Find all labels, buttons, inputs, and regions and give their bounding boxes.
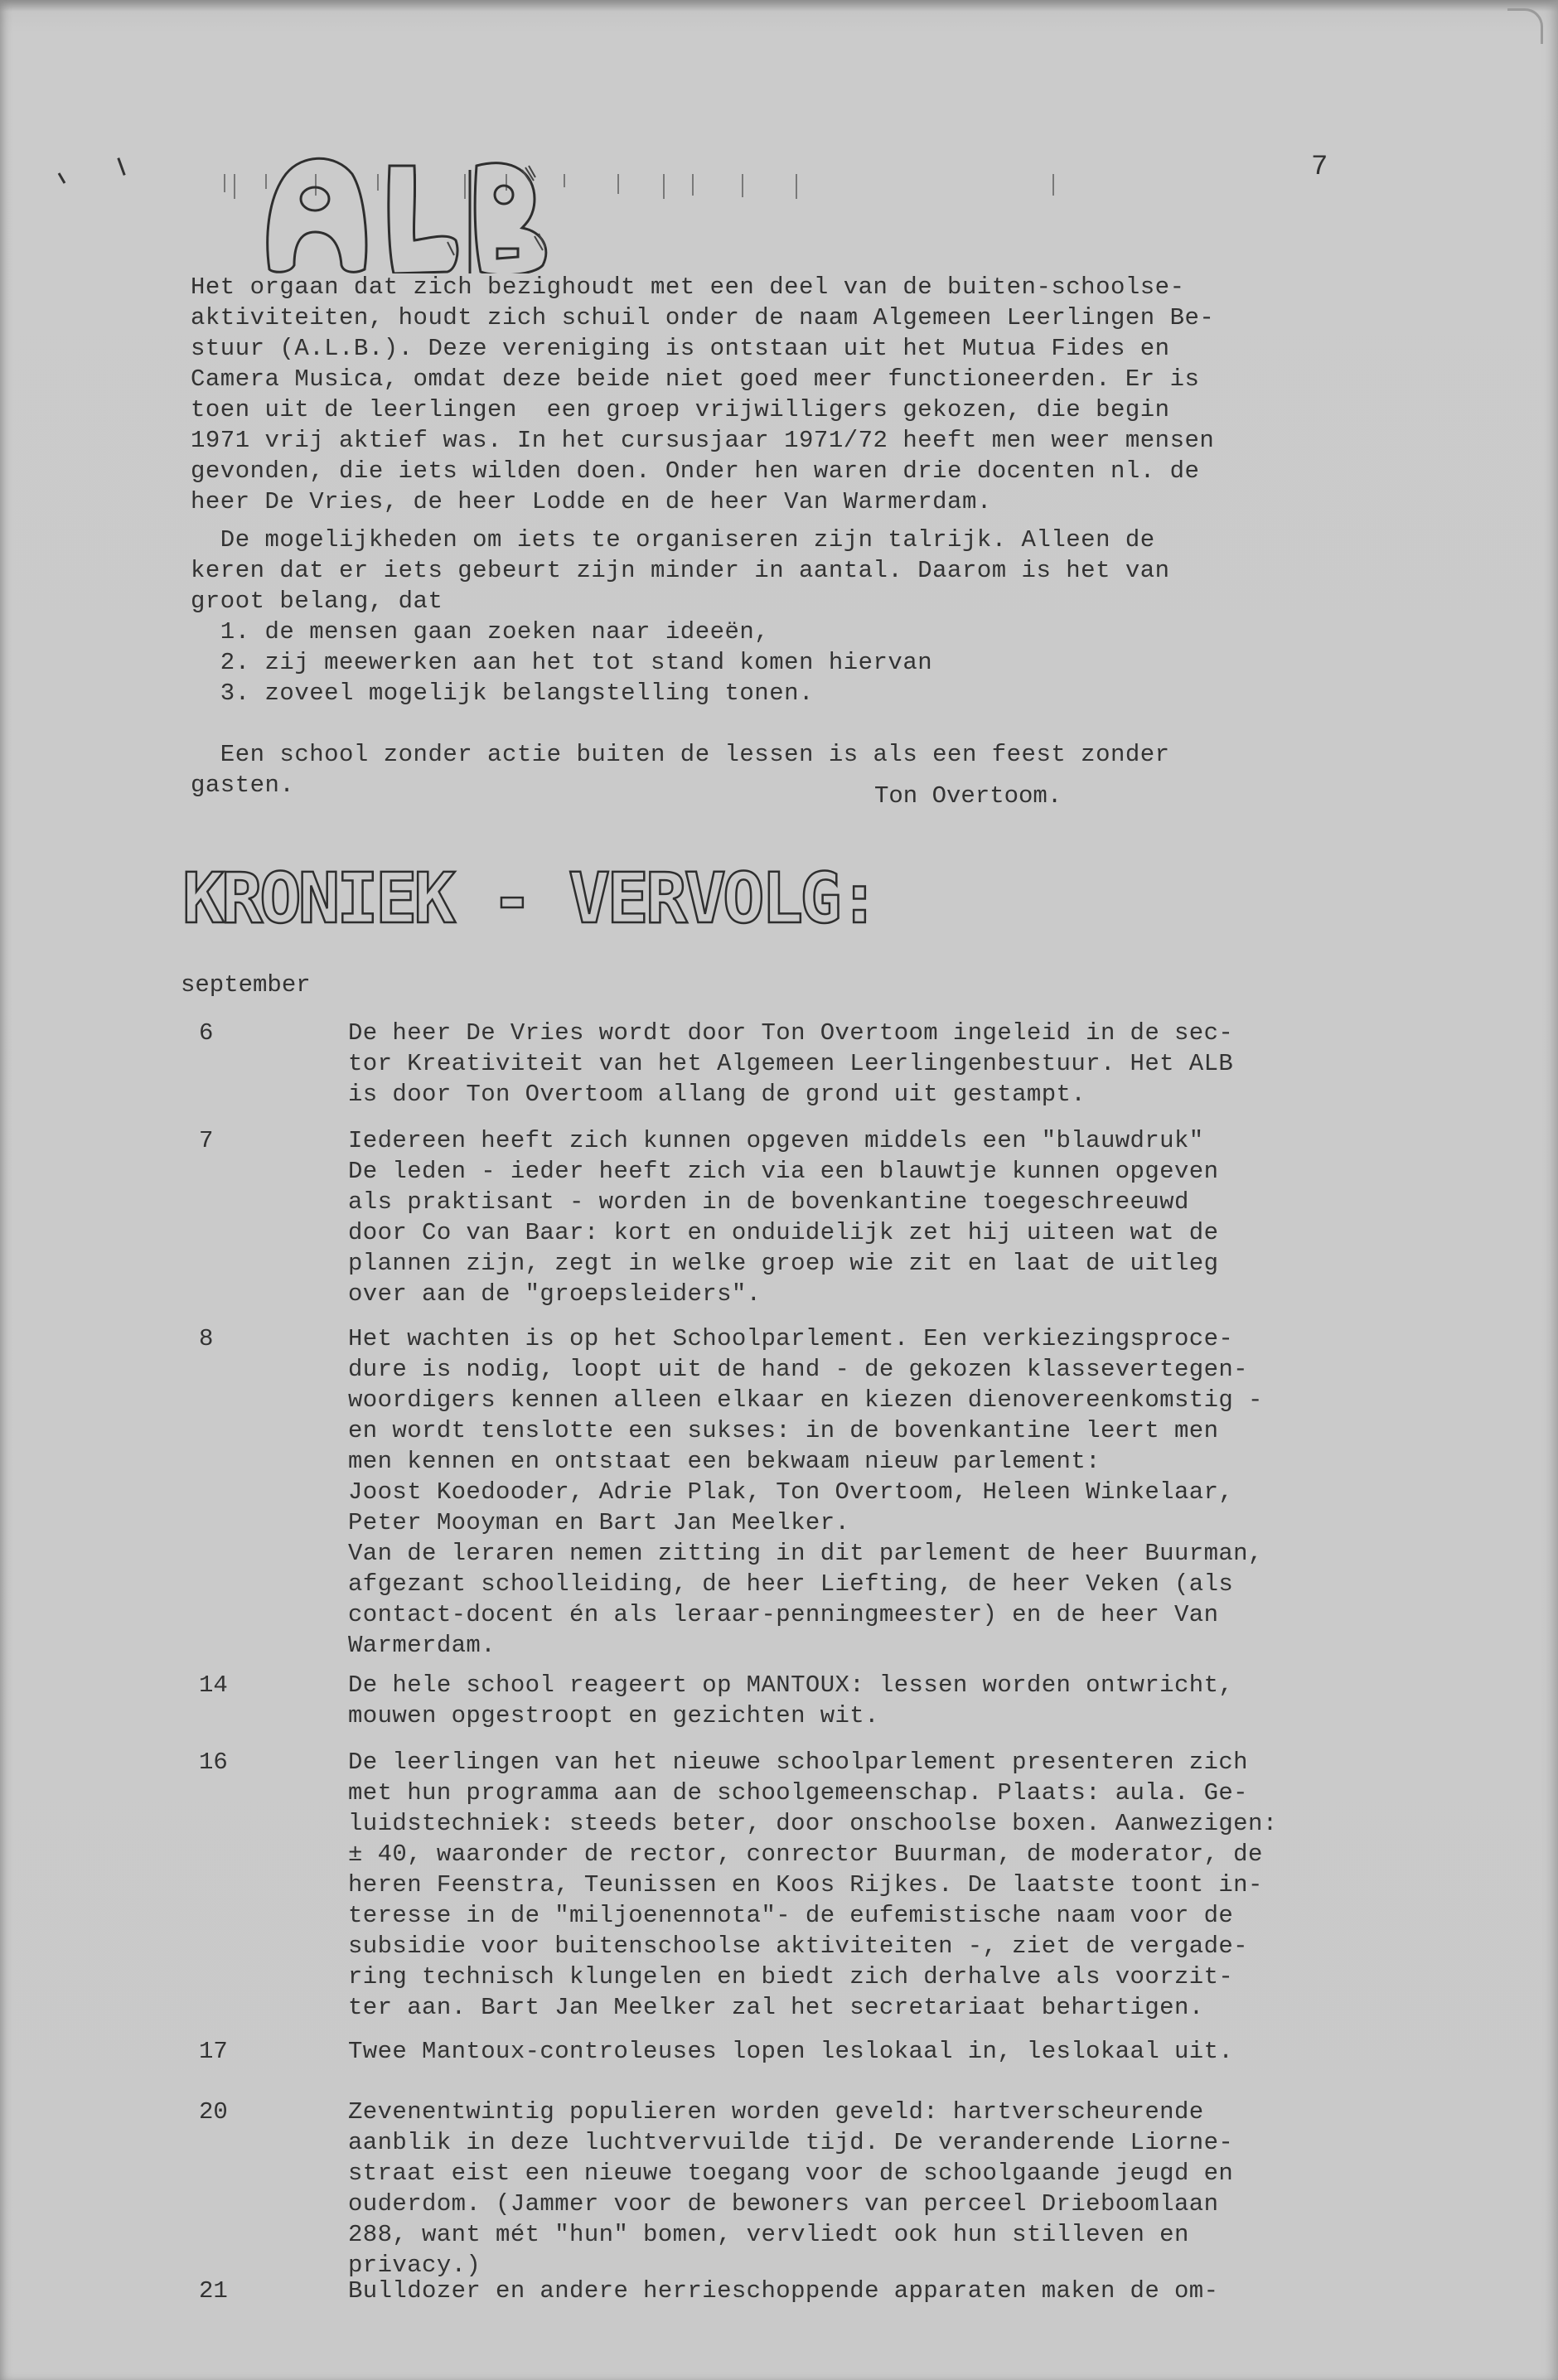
entry-text: De heer De Vries wordt door Ton Overtoom…: [348, 1018, 1409, 1110]
entry-day: 14: [199, 1670, 228, 1700]
svg-text:KRONIEK - VERVOLG:: KRONIEK - VERVOLG:: [182, 858, 877, 932]
month-label: september: [181, 971, 311, 999]
entry-day: 17: [199, 2036, 228, 2067]
entry-text: De leerlingen van het nieuwe schoolparle…: [348, 1747, 1409, 2023]
entry-day: 21: [199, 2276, 228, 2306]
alb-logo: [249, 149, 746, 273]
entry-day: 16: [199, 1747, 228, 1778]
entry-day: 7: [199, 1125, 213, 1156]
stray-mark: [117, 157, 125, 176]
page-number: 7: [1311, 152, 1328, 183]
intro-paragraph-1: Het orgaan dat zich bezighoudt met een d…: [191, 272, 1367, 517]
stray-mark: [58, 172, 66, 184]
entry-day: 6: [199, 1018, 213, 1048]
entry-text: De hele school reageert op MANTOUX: less…: [348, 1670, 1409, 1731]
entry-text: Twee Mantoux-controleuses lopen leslokaa…: [348, 2036, 1409, 2067]
intro-paragraph-2: De mogelijkheden om iets te organiseren …: [191, 525, 1367, 709]
entry-text: Bulldozer en andere herrieschoppende app…: [348, 2276, 1409, 2306]
entry-text: Iedereen heeft zich kunnen opgeven midde…: [348, 1125, 1409, 1309]
entry-text: Het wachten is op het Schoolparlement. E…: [348, 1323, 1409, 1661]
intro-paragraph-3: Een school zonder actie buiten de lessen…: [191, 739, 1367, 801]
scanned-page: 7 Het orgaan dat zich bezighoudt met een…: [0, 0, 1558, 2380]
signature: Ton Overtoom.: [874, 781, 1062, 811]
section-title-kroniek-vervolg: KRONIEK - VERVOLG:: [182, 858, 895, 932]
entry-day: 8: [199, 1323, 213, 1354]
entry-day: 20: [199, 2097, 228, 2127]
entry-text: Zevenentwintig populieren worden geveld:…: [348, 2097, 1409, 2281]
